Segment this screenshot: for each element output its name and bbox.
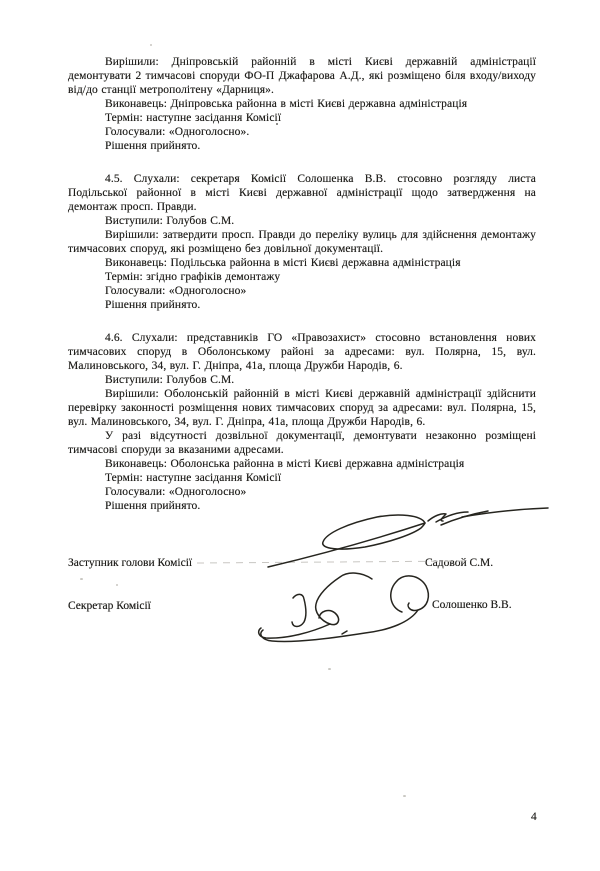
scan-speck <box>403 795 406 797</box>
scan-speck <box>150 44 152 46</box>
section-item-4-6: 4.6. Слухали: представників ГО «Правозах… <box>68 331 536 513</box>
paragraph-voted: Голосували: «Одноголосно» <box>68 485 536 499</box>
paragraph-term: Термін: наступне засідання Комісії <box>68 111 536 125</box>
paragraph-spoke: Виступили: Голубов С.М. <box>68 373 536 387</box>
paragraph-decision: Рішення прийнято. <box>68 139 536 153</box>
paragraph-voted: Голосували: «Одноголосно» <box>68 284 536 298</box>
paragraph-resolved: Вирішили: затвердити просп. Правди до пе… <box>68 228 536 256</box>
paragraph-executor: Виконавець: Дніпровська районна в місті … <box>68 97 536 111</box>
scan-speck <box>80 578 83 580</box>
signer-title-secretary: Секретар Комісії <box>68 599 151 613</box>
scanned-document-page: Вирішили: Дніпровській районній в місті … <box>0 0 600 871</box>
section-item-4-4-resolution: Вирішили: Дніпровській районній в місті … <box>68 55 536 153</box>
page-number: 4 <box>531 810 537 824</box>
signer-name-sadovoy: Садовой С.М. <box>425 556 493 570</box>
scan-speck <box>328 668 331 670</box>
section-item-4-5: 4.5. Слухали: секретаря Комісії Солошенк… <box>68 172 536 312</box>
paragraph-executor: Виконавець: Подільська районна в місті К… <box>68 256 536 270</box>
paragraph-decision: Рішення прийнято. <box>68 499 536 513</box>
document-body: Вирішили: Дніпровській районній в місті … <box>68 55 536 513</box>
paragraph-voted: Голосували: «Одноголосно». <box>68 125 536 139</box>
scan-speck <box>276 123 278 125</box>
paragraph-resolved: Вирішили: Дніпровській районній в місті … <box>68 55 536 97</box>
paragraph-term: Термін: згідно графіків демонтажу <box>68 270 536 284</box>
signature-sadovoy-icon <box>268 508 548 567</box>
scan-speck <box>116 584 118 586</box>
paragraph-term: Термін: наступне засідання Комісії <box>68 471 536 485</box>
signature-soloshenko-icon <box>259 573 429 641</box>
paragraph-decision: Рішення прийнято. <box>68 298 536 312</box>
paragraph-resolved: Вирішили: Оболонській районній в місті К… <box>68 387 536 429</box>
paragraph-condition: У разі відсутності дозвільної документац… <box>68 429 536 457</box>
signer-title-deputy-head: Заступник голови Комісії <box>68 556 192 570</box>
paragraph-heard: 4.6. Слухали: представників ГО «Правозах… <box>68 331 536 373</box>
paragraph-executor: Виконавець: Оболонська районна в місті К… <box>68 457 536 471</box>
paragraph-spoke: Виступили: Голубов С.М. <box>68 214 536 228</box>
paragraph-heard: 4.5. Слухали: секретаря Комісії Солошенк… <box>68 172 536 214</box>
signer-name-soloshenko: Солошенко В.В. <box>432 598 512 612</box>
